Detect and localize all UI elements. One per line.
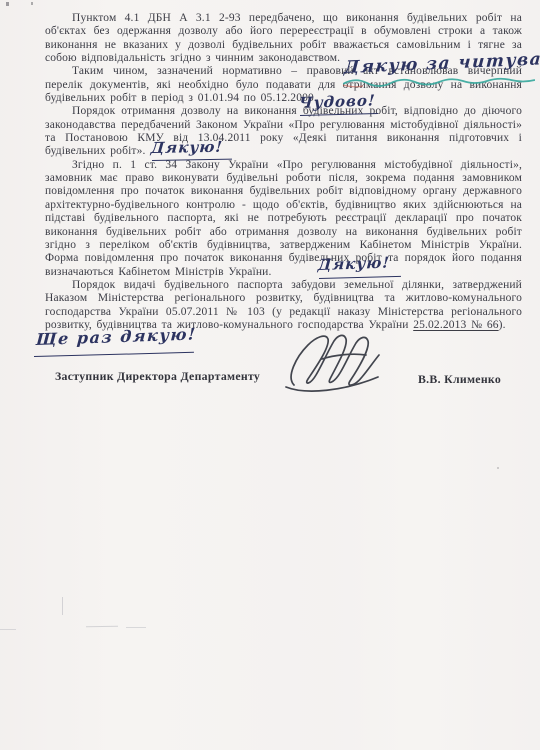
signature-scribble	[282, 331, 386, 395]
handwritten-note-thanks-2: Дякую!	[317, 253, 390, 274]
pencil-mark	[62, 597, 63, 615]
handwritten-note-thanks-1: Дякую!	[150, 138, 224, 157]
pencil-mark	[0, 629, 16, 630]
paragraph-4: Згідно п. 1 ст. 34 Закону України «Про р…	[45, 159, 522, 279]
teal-wavy-underline	[343, 76, 535, 90]
paragraph-3: Порядок отримання дозволу на виконання б…	[45, 105, 522, 158]
signatory-title: Заступник Директора Департаменту	[55, 369, 260, 384]
pencil-mark	[86, 626, 118, 628]
underlined-order-date: 25.02.2013 № 66	[413, 319, 498, 331]
scan-speck	[497, 467, 499, 469]
paragraph-5-tail: ).	[499, 319, 506, 331]
signatory-name: В.В. Клименко	[418, 372, 501, 387]
paragraph-5: Порядок видачі будівельного паспорта заб…	[45, 279, 522, 332]
ink-underline	[34, 352, 194, 357]
handwritten-note-wonderful: Чудово!	[298, 91, 376, 112]
scan-speck	[31, 2, 33, 5]
pencil-mark	[126, 627, 146, 628]
scanned-letter-page: Пунктом 4.1 ДБН А 3.1 2-93 передбачено, …	[0, 0, 540, 750]
scan-speck	[6, 2, 9, 6]
